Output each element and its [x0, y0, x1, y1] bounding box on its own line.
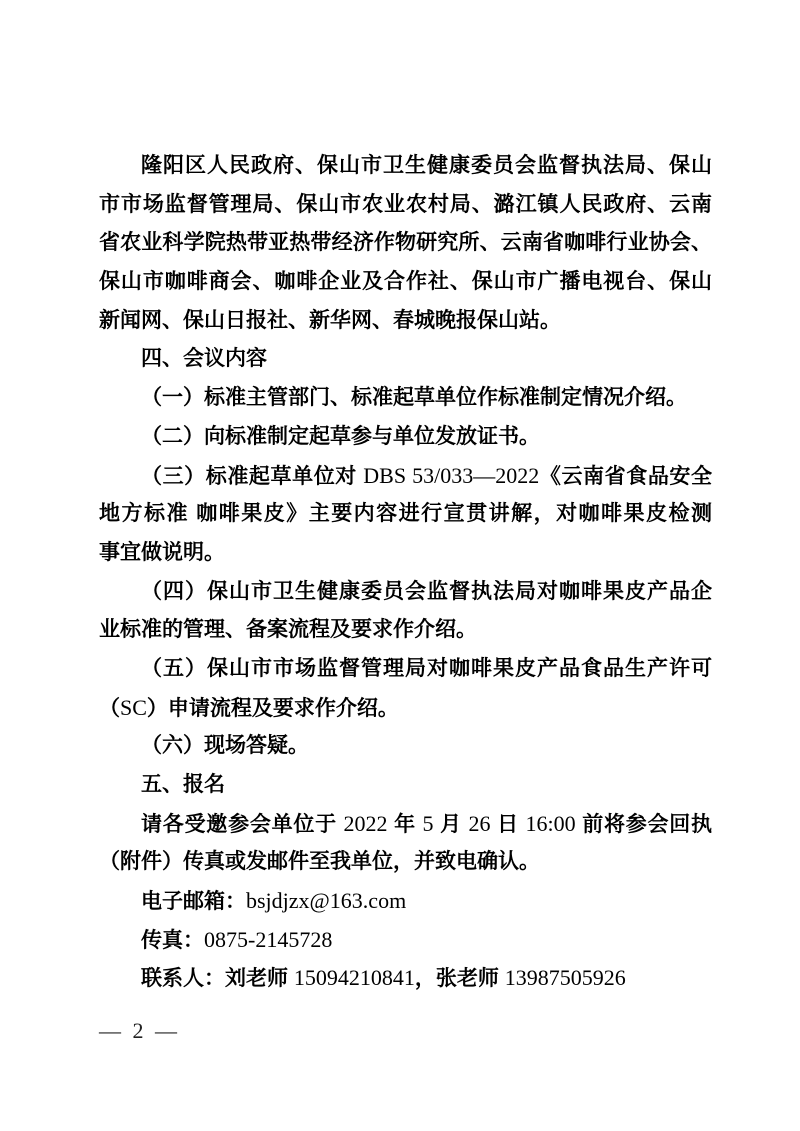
latin-text: 0875-2145728 [204, 927, 332, 952]
chinese-text: （四）保山市卫生健康委员会监督执法局对咖啡果皮产品企 [141, 580, 712, 603]
chinese-text: （ [99, 697, 120, 720]
chinese-text: 五、报名 [141, 773, 225, 796]
page-number: — 2 — [99, 1012, 180, 1051]
latin-text: bsjdjzx@163.com [246, 888, 406, 913]
latin-text: 13987505926 [505, 965, 626, 990]
latin-text: 16:00 [525, 811, 575, 836]
chinese-text: 隆阳区人民政府、保山市卫生健康委员会监督执法局、保山 [141, 154, 712, 177]
chinese-text: 月 [434, 813, 469, 836]
page-number-text: — 2 — [99, 1018, 180, 1043]
latin-text: 15094210841 [294, 965, 415, 990]
agenda-item-5-line: （SC）申请流程及要求作介绍。 [99, 689, 712, 728]
chinese-text: （三）标准起草单位对 [141, 465, 363, 488]
chinese-text: 省农业科学院热带亚热带经济作物研究所、云南省咖啡行业协会、 [99, 231, 712, 254]
attendees-paragraph-line: 省农业科学院热带亚热带经济作物研究所、云南省咖啡行业协会、 [99, 224, 712, 263]
chinese-text: 电子邮箱： [141, 890, 246, 913]
agenda-item-1-line: （一）标准主管部门、标准起草单位作标准制定情况介绍。 [99, 379, 712, 418]
fax-line-line: 传真：0875-2145728 [99, 921, 712, 960]
agenda-item-4-line: （四）保山市卫生健康委员会监督执法局对咖啡果皮产品企 [99, 573, 712, 612]
agenda-item-5-line: （五）保山市市场监督管理局对咖啡果皮产品食品生产许可 [99, 650, 712, 689]
latin-text: 26 [468, 811, 490, 836]
attendees-paragraph-line: 隆阳区人民政府、保山市卫生健康委员会监督执法局、保山 [99, 147, 712, 186]
agenda-item-6-line: （六）现场答疑。 [99, 727, 712, 766]
agenda-item-4-line: 业标准的管理、备案流程及要求作介绍。 [99, 611, 712, 650]
document-body: 隆阳区人民政府、保山市卫生健康委员会监督执法局、保山市市场监督管理局、保山市农业… [99, 147, 712, 998]
latin-text: DBS 53/033—2022 [363, 463, 539, 488]
agenda-item-3-line: （三）标准起草单位对 DBS 53/033—2022《云南省食品安全 [99, 457, 712, 496]
chinese-text: （六）现场答疑。 [141, 734, 309, 757]
agenda-item-3-line: 事宜做说明。 [99, 534, 712, 573]
chinese-text: 业标准的管理、备案流程及要求作介绍。 [99, 618, 477, 641]
latin-text: 5 [423, 811, 434, 836]
chinese-text: ，张老师 [415, 967, 505, 990]
latin-text: SC [120, 695, 147, 720]
chinese-text: 四、会议内容 [141, 347, 267, 370]
chinese-text: 保山市咖啡商会、咖啡企业及合作社、保山市广播电视台、保山 [99, 270, 712, 293]
attendees-paragraph-line: 市市场监督管理局、保山市农业农村局、潞江镇人民政府、云南 [99, 186, 712, 225]
chinese-text: 联系人：刘老师 [141, 967, 294, 990]
latin-text: 2022 [344, 811, 388, 836]
registration-notice-line: 请各受邀参会单位于 2022 年 5 月 26 日 16:00 前将参会回执 [99, 805, 712, 844]
chinese-text: （二）向标准制定起草参与单位发放证书。 [141, 425, 540, 448]
attendees-paragraph-line: 保山市咖啡商会、咖啡企业及合作社、保山市广播电视台、保山 [99, 263, 712, 302]
chinese-text: 地方标准 咖啡果皮》主要内容进行宣贯讲解，对咖啡果皮检测 [99, 502, 712, 525]
section-4-heading-line: 四、会议内容 [99, 340, 712, 379]
chinese-text: 市市场监督管理局、保山市农业农村局、潞江镇人民政府、云南 [99, 193, 712, 216]
attendees-paragraph-line: 新闻网、保山日报社、新华网、春城晚报保山站。 [99, 302, 712, 341]
registration-notice-line: （附件）传真或发邮件至我单位，并致电确认。 [99, 843, 712, 882]
chinese-text: 事宜做说明。 [99, 541, 225, 564]
chinese-text: （五）保山市市场监督管理局对咖啡果皮产品食品生产许可 [141, 657, 712, 680]
document-page: 隆阳区人民政府、保山市卫生健康委员会监督执法局、保山市市场监督管理局、保山市农业… [0, 0, 800, 1131]
section-5-heading-line: 五、报名 [99, 766, 712, 805]
chinese-text: 日 [490, 813, 525, 836]
chinese-text: ）申请流程及要求作介绍。 [147, 697, 399, 720]
chinese-text: （一）标准主管部门、标准起草单位作标准制定情况介绍。 [141, 386, 687, 409]
agenda-item-3-line: 地方标准 咖啡果皮》主要内容进行宣贯讲解，对咖啡果皮检测 [99, 495, 712, 534]
chinese-text: 请各受邀参会单位于 [141, 813, 344, 836]
chinese-text: 新闻网、保山日报社、新华网、春城晚报保山站。 [99, 309, 561, 332]
chinese-text: 传真： [141, 929, 204, 952]
chinese-text: 前将参会回执 [576, 813, 712, 836]
email-line-line: 电子邮箱：bsjdjzx@163.com [99, 882, 712, 921]
chinese-text: 年 [388, 813, 423, 836]
contact-line-line: 联系人：刘老师 15094210841，张老师 13987505926 [99, 959, 712, 998]
agenda-item-2-line: （二）向标准制定起草参与单位发放证书。 [99, 418, 712, 457]
chinese-text: （附件）传真或发邮件至我单位，并致电确认。 [99, 850, 540, 873]
chinese-text: 《云南省食品安全 [539, 465, 712, 488]
